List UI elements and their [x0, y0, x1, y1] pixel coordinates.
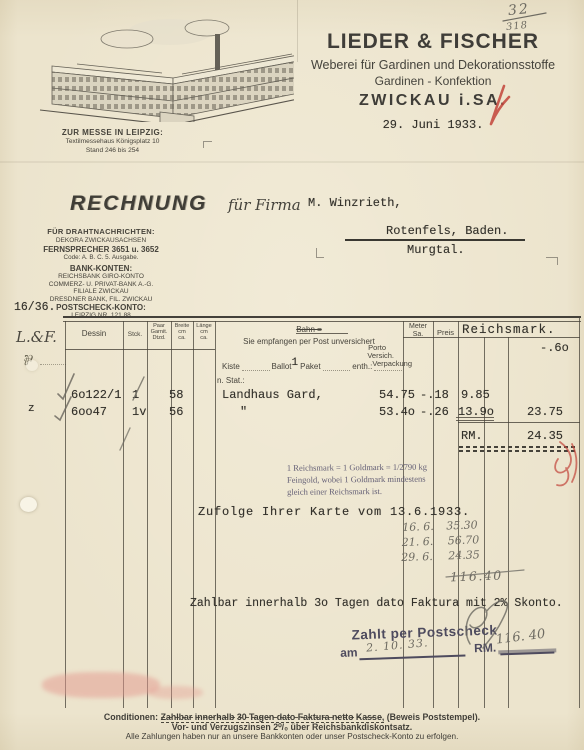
total-dashes-2	[459, 450, 578, 452]
corner-mark-2	[546, 257, 558, 265]
invoice-scan: ZUR MESSE IN LEIPZIG: Textilmessehaus Kö…	[0, 0, 584, 750]
monogram: L.&F.	[16, 328, 57, 346]
messe-block: ZUR MESSE IN LEIPZIG: Textilmessehaus Kö…	[40, 128, 185, 155]
firma-label: für Firma	[228, 196, 301, 214]
invoice-date: 29. Juni 1933.	[292, 118, 574, 132]
breite-l3: ca.	[171, 335, 193, 341]
ballot-label: Ballot	[272, 362, 292, 371]
punch-hole-upper	[26, 360, 38, 371]
meter-l2: Sa.	[403, 331, 433, 339]
contact-wire-label: FÜR DRAHTNACHRICHTEN:	[6, 228, 196, 237]
company-city: ZWICKAU i.SA.	[292, 92, 574, 110]
corner-mark-1	[316, 248, 324, 258]
row2-desc: "	[240, 405, 247, 419]
table-top-rule	[63, 316, 581, 318]
porto-value: -.6o	[540, 341, 569, 355]
row1-stck: 1	[132, 388, 139, 402]
paket-count: 1	[292, 357, 299, 369]
col-header-paar: Paar Garnit. Dtzd.	[147, 323, 171, 342]
row2-stck: 1v	[132, 405, 146, 419]
contact-phone: FERNSPRECHER 3651 u. 3652	[6, 245, 196, 254]
letterhead: LIEDER & FISCHER Weberei für Gardinen un…	[292, 30, 574, 132]
col-line-5	[193, 321, 194, 708]
total-value: 24.35	[527, 429, 563, 443]
company-name: LIEDER & FISCHER	[292, 30, 574, 54]
col-line-3	[147, 321, 148, 708]
row1-meter: 54.75	[379, 388, 415, 402]
pencil-date-1: 16. 6.	[402, 520, 434, 534]
recipient-town: Rotenfels, Baden.	[386, 224, 508, 238]
row2-summe: 23.75	[527, 405, 563, 419]
contact-wire-name: DEKORA ZWICKAUSACHSEN	[6, 237, 196, 245]
stamp-rm-label: RM.	[474, 640, 496, 655]
messe-line3: Stand 246 bis 254	[40, 146, 185, 155]
karte-note: Zufolge Ihrer Karte vom 13.6.1933.	[198, 505, 470, 519]
row1-betrag: 9.85	[461, 388, 490, 402]
ref-number: 16/36.	[14, 301, 55, 314]
messe-line1: ZUR MESSE IN LEIPZIG:	[40, 128, 185, 137]
recipient-name: M. Winzrieth,	[308, 196, 402, 210]
porto-l1: Porto	[320, 344, 412, 352]
porto-block: Porto Versich. Verpackung	[320, 344, 412, 369]
conditions-suffix: (Beweis Poststempel).	[387, 712, 480, 722]
row2-breite: 56	[169, 405, 183, 419]
porto-l3: Verpackung	[320, 360, 412, 368]
paar-l3: Dtzd.	[147, 335, 171, 341]
invoice-title: RECHNUNG	[70, 192, 207, 216]
row2-dessin: 6oo47	[71, 405, 107, 419]
pencil-ref-bottom: 318	[505, 20, 528, 33]
col-header-preis: Preis	[433, 328, 458, 337]
total-dashes-1	[459, 446, 578, 448]
conditions-line3: Alle Zahlungen haben nur an unsere Bankk…	[0, 732, 584, 742]
col-header-laenge: Länge cm ca.	[193, 323, 215, 342]
pencil-total: 116.40	[450, 568, 503, 585]
conditions-prefix: Conditionen:	[104, 712, 158, 722]
z-mark: z	[28, 403, 35, 415]
table-top-rule-thin	[63, 321, 581, 322]
col-header-breite: Breite cm ca.	[171, 323, 193, 342]
paket-label: Paket	[300, 362, 320, 371]
row1-breite: 58	[169, 388, 183, 402]
row1-dessin: 6o122/1	[71, 388, 121, 402]
pencil-amt-3: 24.35	[448, 548, 480, 562]
corner-mark-3	[203, 141, 212, 148]
betrag-underline2	[456, 420, 494, 421]
goldmark-stamp: 1 Reichsmark = 1 Goldmark = 1/2790 kg Fe…	[287, 460, 472, 498]
row1-preis: -.18	[420, 388, 449, 402]
contact-code: Code: A. B. C. 5. Ausgabe.	[6, 254, 196, 262]
per-dotted-line	[40, 364, 66, 365]
conditions-block: Conditionen: Zahlbar innerhalb 30 Tagen …	[0, 712, 584, 742]
stamp-am-line	[359, 655, 465, 660]
recipient-region: Murgtal.	[407, 243, 465, 257]
meter-l1: Meter	[403, 323, 433, 331]
row2-meter: 53.4o	[379, 405, 415, 419]
col-header-dessin: Dessin	[66, 329, 122, 338]
col-line-1	[65, 321, 66, 708]
total-label: RM.	[461, 429, 483, 443]
skonto-note: Zahlbar innerhalb 3o Tagen dato Faktura …	[190, 597, 563, 610]
contact-banks-label: BANK-KONTEN:	[6, 264, 196, 273]
goldmark-l3: gleich einer Reichsmark ist.	[287, 484, 472, 498]
stamp-amount-hand: 116. 40	[495, 627, 546, 648]
col-line-2	[123, 321, 124, 708]
conditions-line2: Vor- und Verzugszinsen 2⁰/₀ über Reichsb…	[0, 722, 584, 732]
row2-betrag: 13.9o	[458, 405, 494, 419]
bahn-strike	[296, 333, 348, 334]
stamp-am-label: am	[340, 645, 358, 660]
contact-bank2: COMMERZ- U. PRIVAT-BANK A.-G.	[6, 281, 196, 289]
contact-bank3: FILIALE ZWICKAU	[6, 288, 196, 296]
factory-illustration	[22, 12, 294, 122]
sum-rule	[458, 422, 580, 423]
row2-preis: -.26	[420, 405, 449, 419]
punch-hole-lower	[20, 497, 37, 512]
company-tagline2: Gardinen - Konfektion	[292, 74, 574, 88]
col-line-4	[171, 321, 172, 708]
leader-1	[242, 363, 270, 371]
pencil-amt-2: 56.70	[447, 533, 479, 547]
stat-label: n. Stat.:	[217, 376, 245, 385]
paid-stamp: Zahlt per Postscheck am RM. 2. 10. 33. 1…	[339, 620, 565, 668]
pink-smudge-large	[42, 672, 160, 698]
col-header-meter: Meter Sa.	[403, 323, 433, 338]
recipient-underline	[345, 239, 525, 241]
pencil-date-2: 21. 6.	[402, 535, 434, 549]
col-line-12	[579, 316, 580, 708]
col-header-stck: Stck.	[123, 331, 147, 338]
pink-smudge-small	[148, 686, 203, 699]
laenge-l3: ca.	[193, 335, 215, 341]
contact-bank1: REICHSBANK GIRO-KONTO	[6, 273, 196, 281]
pencil-ref-top: 32	[507, 1, 530, 19]
pencil-date-3: 29. 6.	[401, 550, 433, 564]
crease-horizontal	[0, 161, 584, 163]
col-header-reichsmark: Reichsmark.	[462, 323, 556, 337]
company-tagline1: Weberei für Gardinen und Dekorationsstof…	[292, 58, 574, 72]
conditions-line1: Conditionen: Zahlbar innerhalb 30 Tagen …	[0, 712, 584, 722]
row1-desc: Landhaus Gard,	[222, 388, 323, 402]
kiste-label: Kiste	[222, 362, 240, 371]
messe-line2: Textilmessehaus Königsplatz 10	[40, 137, 185, 146]
pencil-amt-1: 35.30	[446, 518, 478, 532]
